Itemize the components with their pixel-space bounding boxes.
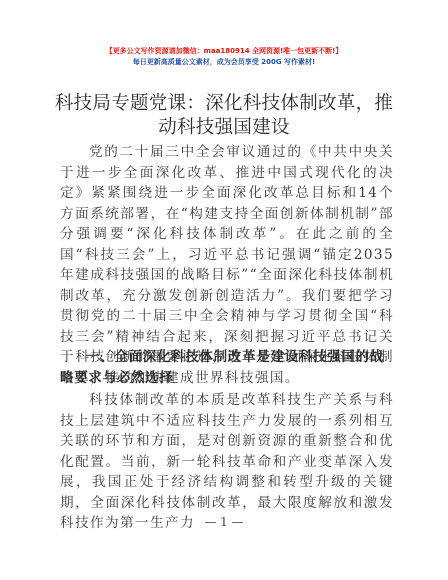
page-number: — 1 —	[0, 514, 448, 530]
paragraph-section-1: 科技体制改革的本质是改革科技生产关系与科技上层建筑中不适应科技生产力发展的一系列…	[60, 390, 394, 534]
document-title: 科技局专题党课：深化科技体制改革，推动科技强国建设	[50, 92, 398, 140]
section-heading-1: 一、全面深化科技体制改革是建设科技强国的战略要求与必然选择	[60, 348, 394, 389]
document-page: 【更多公文写作资源请加微信：maa180914 全网资源!唯一包更新不断!】 每…	[0, 0, 448, 580]
promo-banner-membership: 每日更新高质量公文素材，成为会员享受 200G 写作素材!	[0, 57, 448, 67]
promo-banner-wechat: 【更多公文写作资源请加微信：maa180914 全网资源!唯一包更新不断!】	[0, 46, 448, 56]
